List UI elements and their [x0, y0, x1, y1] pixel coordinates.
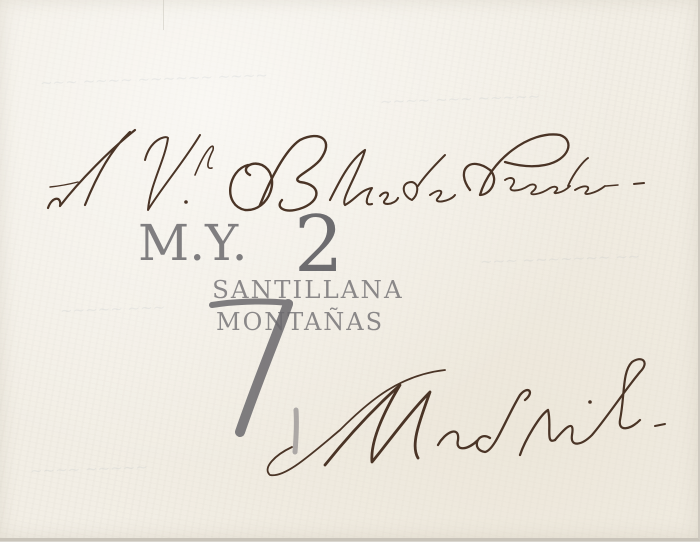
letter-cover: ~~~ ~~~~ ~~~~~~ ~~~~ ~~~~ ~~~ ~~~~~ ~~~~… [0, 0, 700, 541]
address-line-handwriting [48, 130, 644, 211]
city-line-handwriting [268, 359, 665, 475]
manuscript-ink-overlay [0, 0, 700, 542]
manuscript-rate-7 [212, 302, 296, 452]
